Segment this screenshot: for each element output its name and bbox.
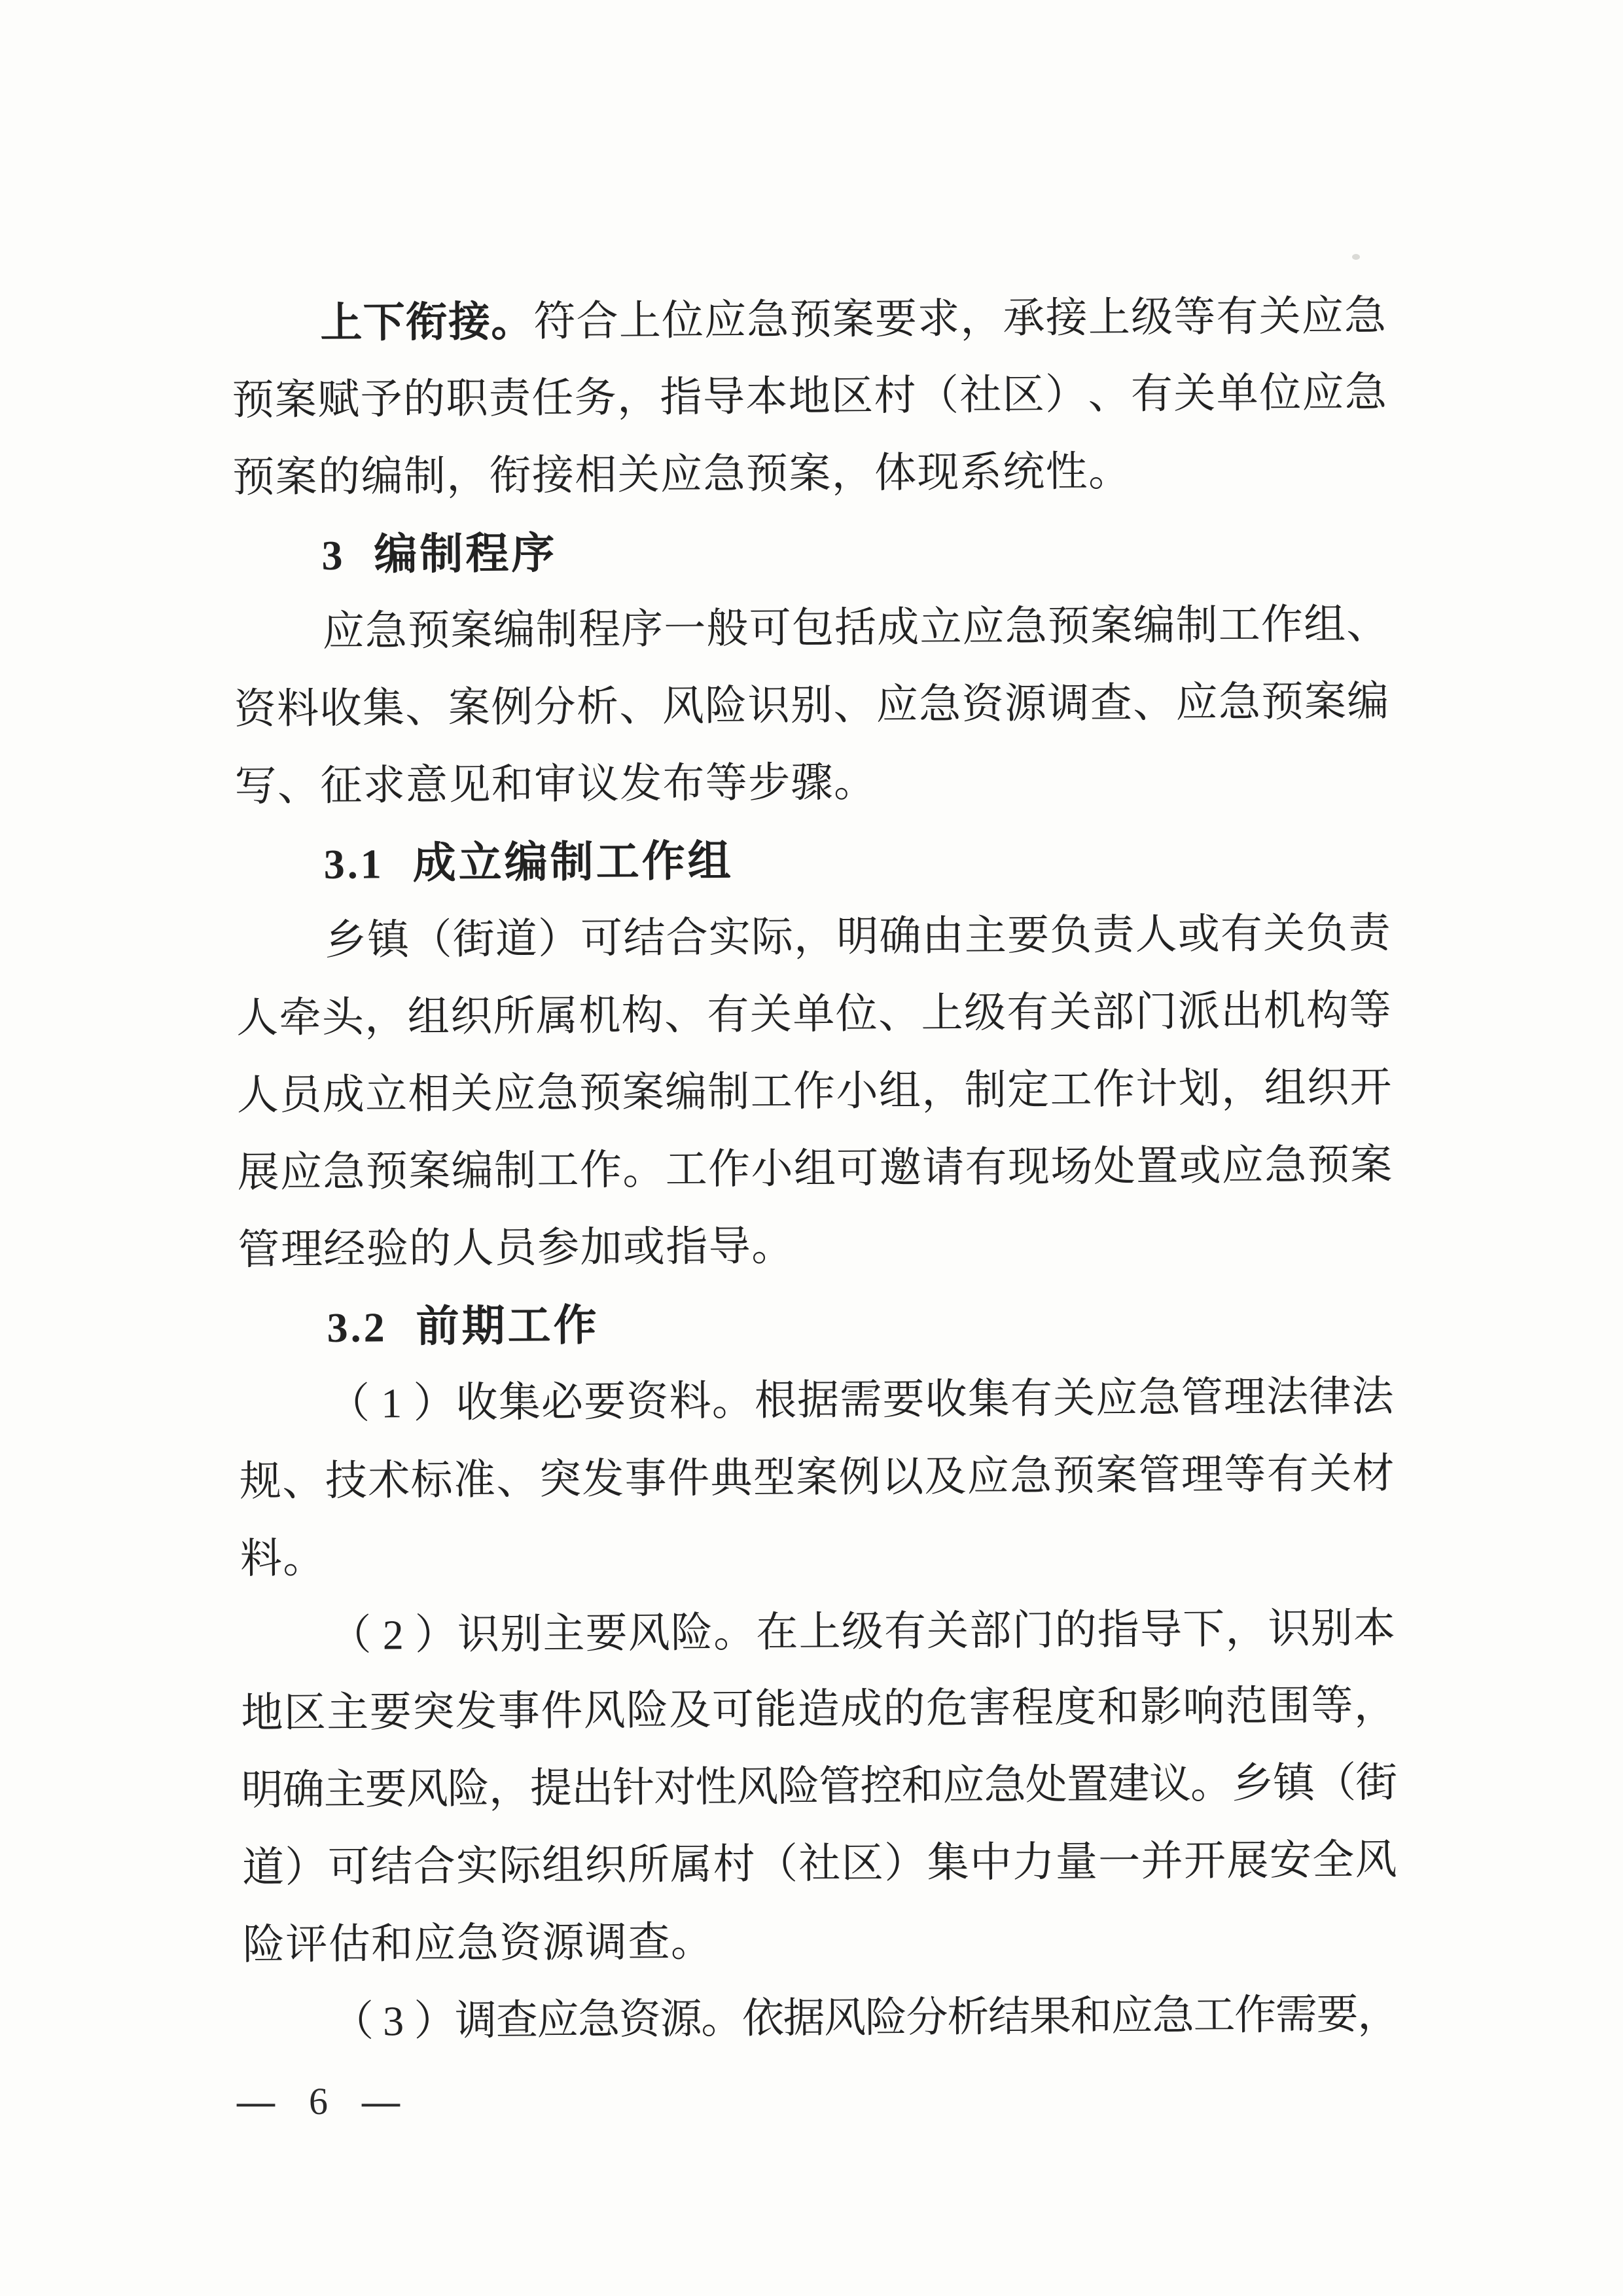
text-line: 乡镇（街道）可结合实际，明确由主要负责人或有关负责 — [235, 895, 1391, 980]
page-number-dash-right: — — [362, 2079, 400, 2123]
text-block: 上下衔接。符合上位应急预案要求，承接上级等有关应急预案赋予的职责任务，指导本地区… — [231, 277, 1399, 2061]
section-title: 前期工作 — [416, 1300, 599, 1350]
section-title: 成立编制工作组 — [412, 836, 734, 887]
page-number-value: 6 — [309, 2079, 328, 2123]
section-heading: 3.2前期工作 — [238, 1281, 1394, 1366]
section-heading: 3编制程序 — [232, 509, 1389, 594]
section-heading: 3.1成立编制工作组 — [234, 817, 1391, 903]
section-number: 3.1 — [323, 840, 383, 888]
text-line: 上下衔接。符合上位应急预案要求，承接上级等有关应急 — [231, 277, 1387, 362]
text-line: （2）识别主要风险。在上级有关部门的指导下，识别本 — [240, 1590, 1397, 1675]
page-number-dash-left: — — [237, 2079, 275, 2123]
text-line: 展应急预案编制工作。工作小组可邀请有现场处置或应急预案 — [237, 1126, 1393, 1211]
text-line: 预案的编制，衔接相关应急预案，体现系统性。 — [232, 431, 1388, 516]
text-line: 预案赋予的职责任务，指导本地区村（社区）、有关单位应急 — [231, 354, 1387, 439]
section-number: 3.2 — [327, 1304, 387, 1351]
scanned-document-page: 上下衔接。符合上位应急预案要求，承接上级等有关应急预案赋予的职责任务，指导本地区… — [0, 0, 1623, 2296]
text-line: 人牵头，组织所属机构、有关单位、上级有关部门派出机构等 — [236, 972, 1392, 1057]
text-line: （3）调查应急资源。依据风险分析结果和应急工作需要， — [243, 1976, 1399, 2061]
scan-speck — [1352, 254, 1360, 260]
text-line: 应急预案编制程序一般可包括成立应急预案编制工作组、 — [233, 586, 1389, 671]
text-line: 人员成立相关应急预案编制工作小组，制定工作计划，组织开 — [236, 1049, 1393, 1134]
text-line: 料。 — [240, 1513, 1396, 1598]
page-number: — 6 — — [237, 2073, 400, 2128]
text-line: 明确主要风险，提出针对性风险管控和应急处置建议。乡镇（街 — [241, 1744, 1397, 1829]
text-line: 管理经验的人员参加或指导。 — [237, 1204, 1393, 1289]
section-title: 编制程序 — [374, 529, 558, 579]
text-line: （1）收集必要资料。根据需要收集有关应急管理法律法 — [238, 1358, 1395, 1443]
text-line: 险评估和应急资源调查。 — [242, 1899, 1399, 1984]
text-line: 资料收集、案例分析、风险识别、应急资源调查、应急预案编 — [234, 663, 1390, 748]
text-line: 规、技术标准、突发事件典型案例以及应急预案管理等有关材 — [239, 1435, 1395, 1520]
section-number: 3 — [321, 532, 345, 579]
text-line: 写、征求意见和审议发布等步骤。 — [234, 740, 1390, 825]
text-line: 道）可结合实际组织所属村（社区）集中力量一并开展安全风 — [241, 1821, 1398, 1907]
text-line: 地区主要突发事件风险及可能造成的危害程度和影响范围等， — [240, 1667, 1397, 1752]
